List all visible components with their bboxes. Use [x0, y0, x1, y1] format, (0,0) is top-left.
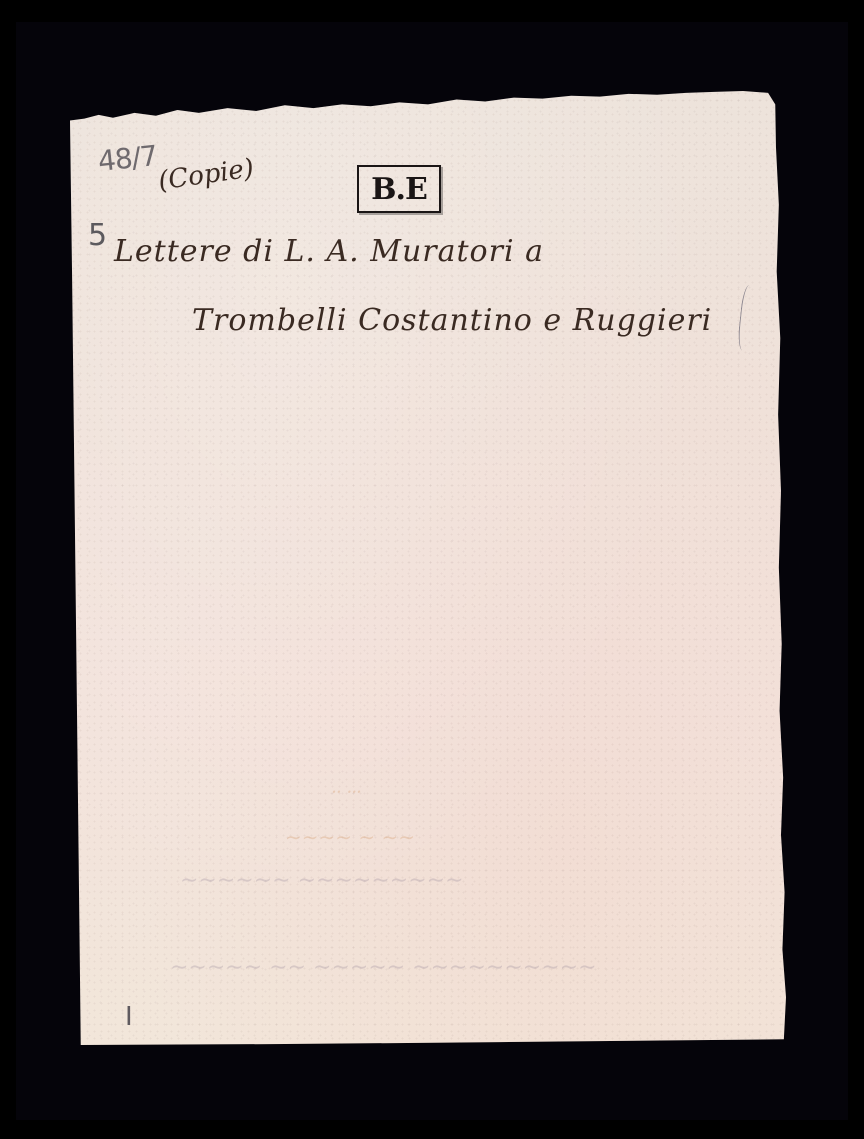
- item-number: 5: [88, 218, 107, 253]
- stamp-text: B.E: [371, 172, 427, 207]
- title-line-1: Lettere di L. A. Muratori a: [114, 234, 544, 269]
- folio-number: I: [125, 1002, 133, 1032]
- be-stamp: B.E: [357, 165, 441, 213]
- bleed-through-line-3: ∼∼∼∼∼∼ ∼∼∼∼∼∼∼∼∼: [180, 868, 464, 893]
- title-line-2: Trombelli Costantino e Ruggieri: [192, 303, 712, 338]
- shelfmark-annotation: 48/7: [96, 139, 158, 178]
- bleed-through-line-2: ∼∼∼∼ ∼ ∼∼: [285, 825, 415, 849]
- bleed-through-line-4: ∼∼∼∼∼ ∼∼ ∼∼∼∼∼ ∼∼∼∼∼∼∼∼∼∼: [170, 955, 597, 980]
- bleed-through-line-1: ⸱⸱ ⸱⸱⸱: [330, 780, 360, 804]
